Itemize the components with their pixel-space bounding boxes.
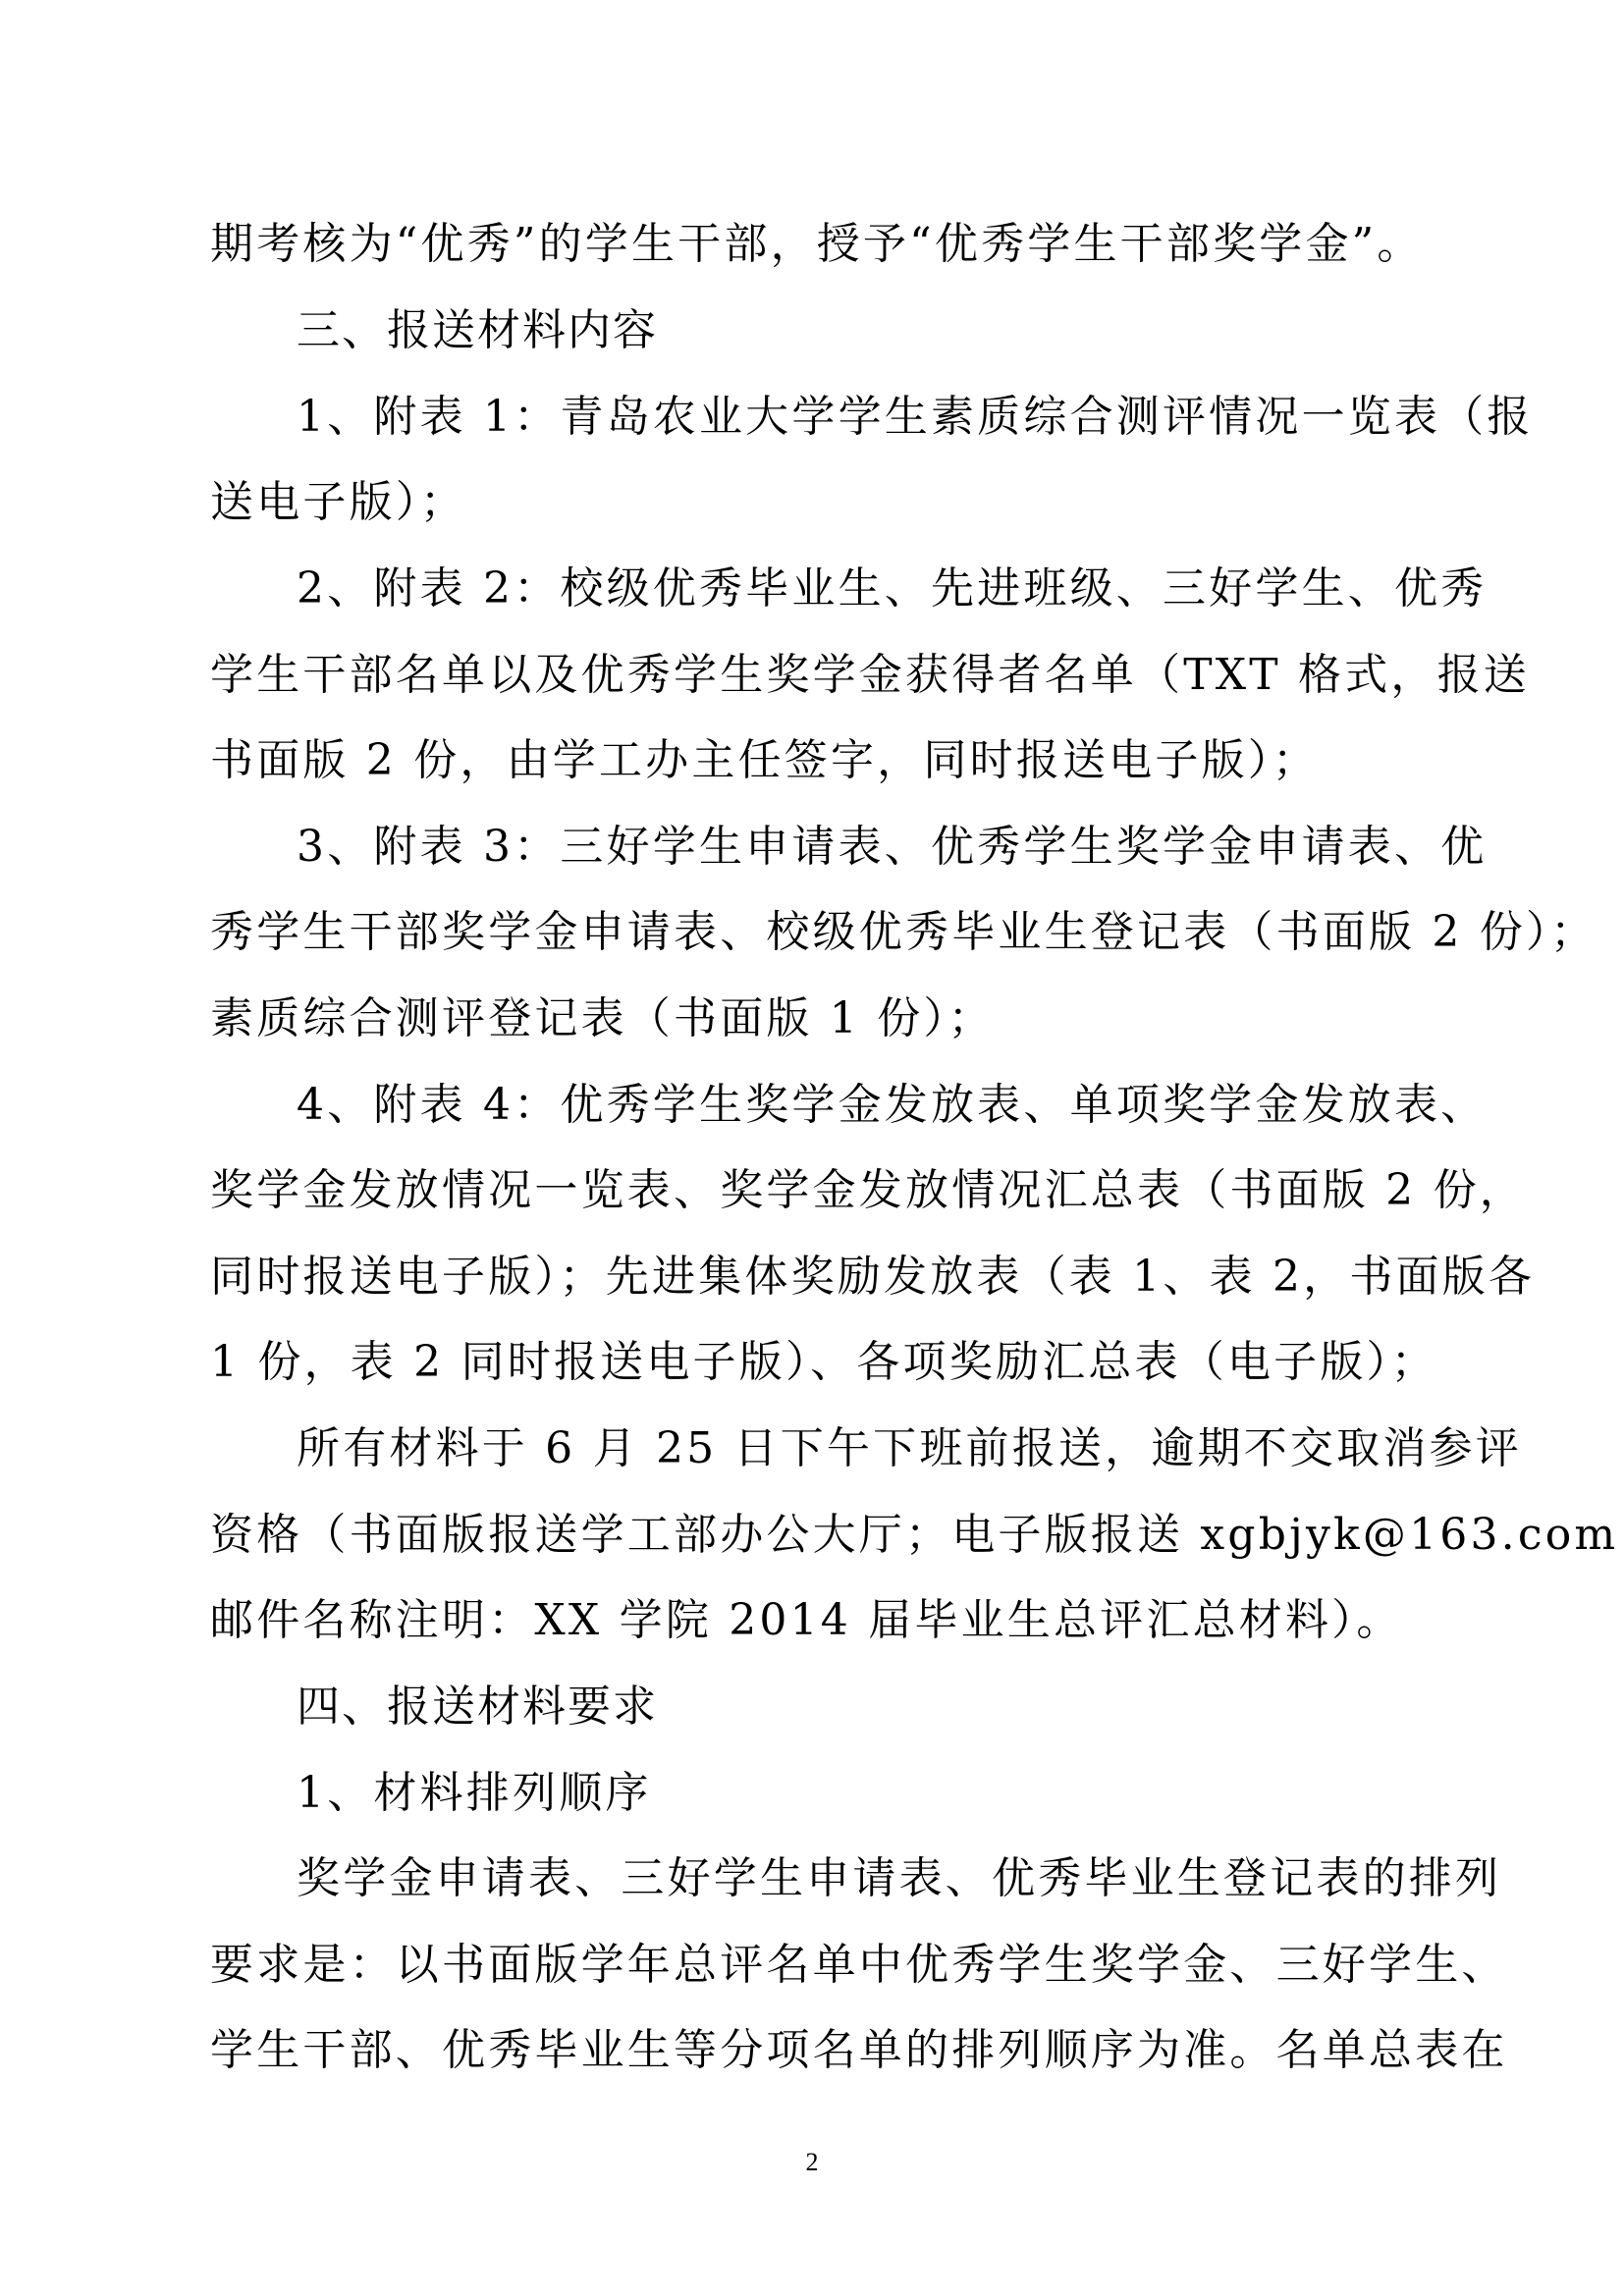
- attachment-3-line: 3、附表 3：三好学生申请表、优秀学生奖学金申请表、优: [297, 820, 1428, 875]
- paragraph-line: 1 份，表 2 同时报送电子版）、各项奖励汇总表（电子版）；: [210, 1335, 1437, 1390]
- paragraph-line: 书面版 2 份，由学工办主任签字，同时报送电子版）；: [210, 733, 1319, 788]
- attachment-2-line: 2、附表 2：校级优秀毕业生、先进班级、三好学生、优秀: [297, 561, 1428, 616]
- paragraph-line: 素质综合测评登记表（书面版 1 份）；: [210, 991, 995, 1046]
- subsection-heading: 1、材料排列顺序: [297, 1766, 652, 1821]
- email-line: 资格（书面版报送学工部办公大厅；电子版报送 xgbjyk@163.com: [210, 1508, 1428, 1563]
- attachment-1-line: 1、附表 1：青岛农业大学学生素质综合测评情况一览表（报: [297, 390, 1428, 445]
- paragraph-line: 同时报送电子版）；先进集体奖励发放表（表 1、表 2，书面版各: [210, 1250, 1428, 1305]
- paragraph-line: 学生干部、优秀毕业生等分项名单的排列顺序为准。名单总表在: [210, 2023, 1428, 2078]
- paragraph-line: 期考核为“优秀”的学生干部，授予“优秀学生干部奖学金”。: [210, 217, 1424, 272]
- section-heading-4: 四、报送材料要求: [297, 1680, 658, 1735]
- paragraph-line: 送电子版）；: [210, 475, 466, 530]
- attachment-4-line: 4、附表 4：优秀学生奖学金发放表、单项奖学金发放表、: [297, 1078, 1487, 1133]
- section-heading-3: 三、报送材料内容: [297, 303, 658, 358]
- paragraph-line: 奖学金申请表、三好学生申请表、优秀毕业生登记表的排列: [297, 1851, 1428, 1906]
- page-number: 2: [0, 2148, 1624, 2177]
- paragraph-line: 奖学金发放情况一览表、奖学金发放情况汇总表（书面版 2 份，: [210, 1163, 1428, 1218]
- deadline-line: 所有材料于 6 月 25 日下午下班前报送，逾期不交取消参评: [297, 1421, 1428, 1476]
- paragraph-line: 邮件名称注明：XX 学院 2014 届毕业生总评汇总材料）。: [210, 1593, 1403, 1648]
- paragraph-line: 秀学生干部奖学金申请表、校级优秀毕业生登记表（书面版 2 份）；: [210, 905, 1428, 960]
- paragraph-line: 学生干部名单以及优秀学生奖学金获得者名单（TXT 格式，报送: [210, 648, 1428, 703]
- paragraph-line: 要求是：以书面版学年总评名单中优秀学生奖学金、三好学生、: [210, 1938, 1428, 1993]
